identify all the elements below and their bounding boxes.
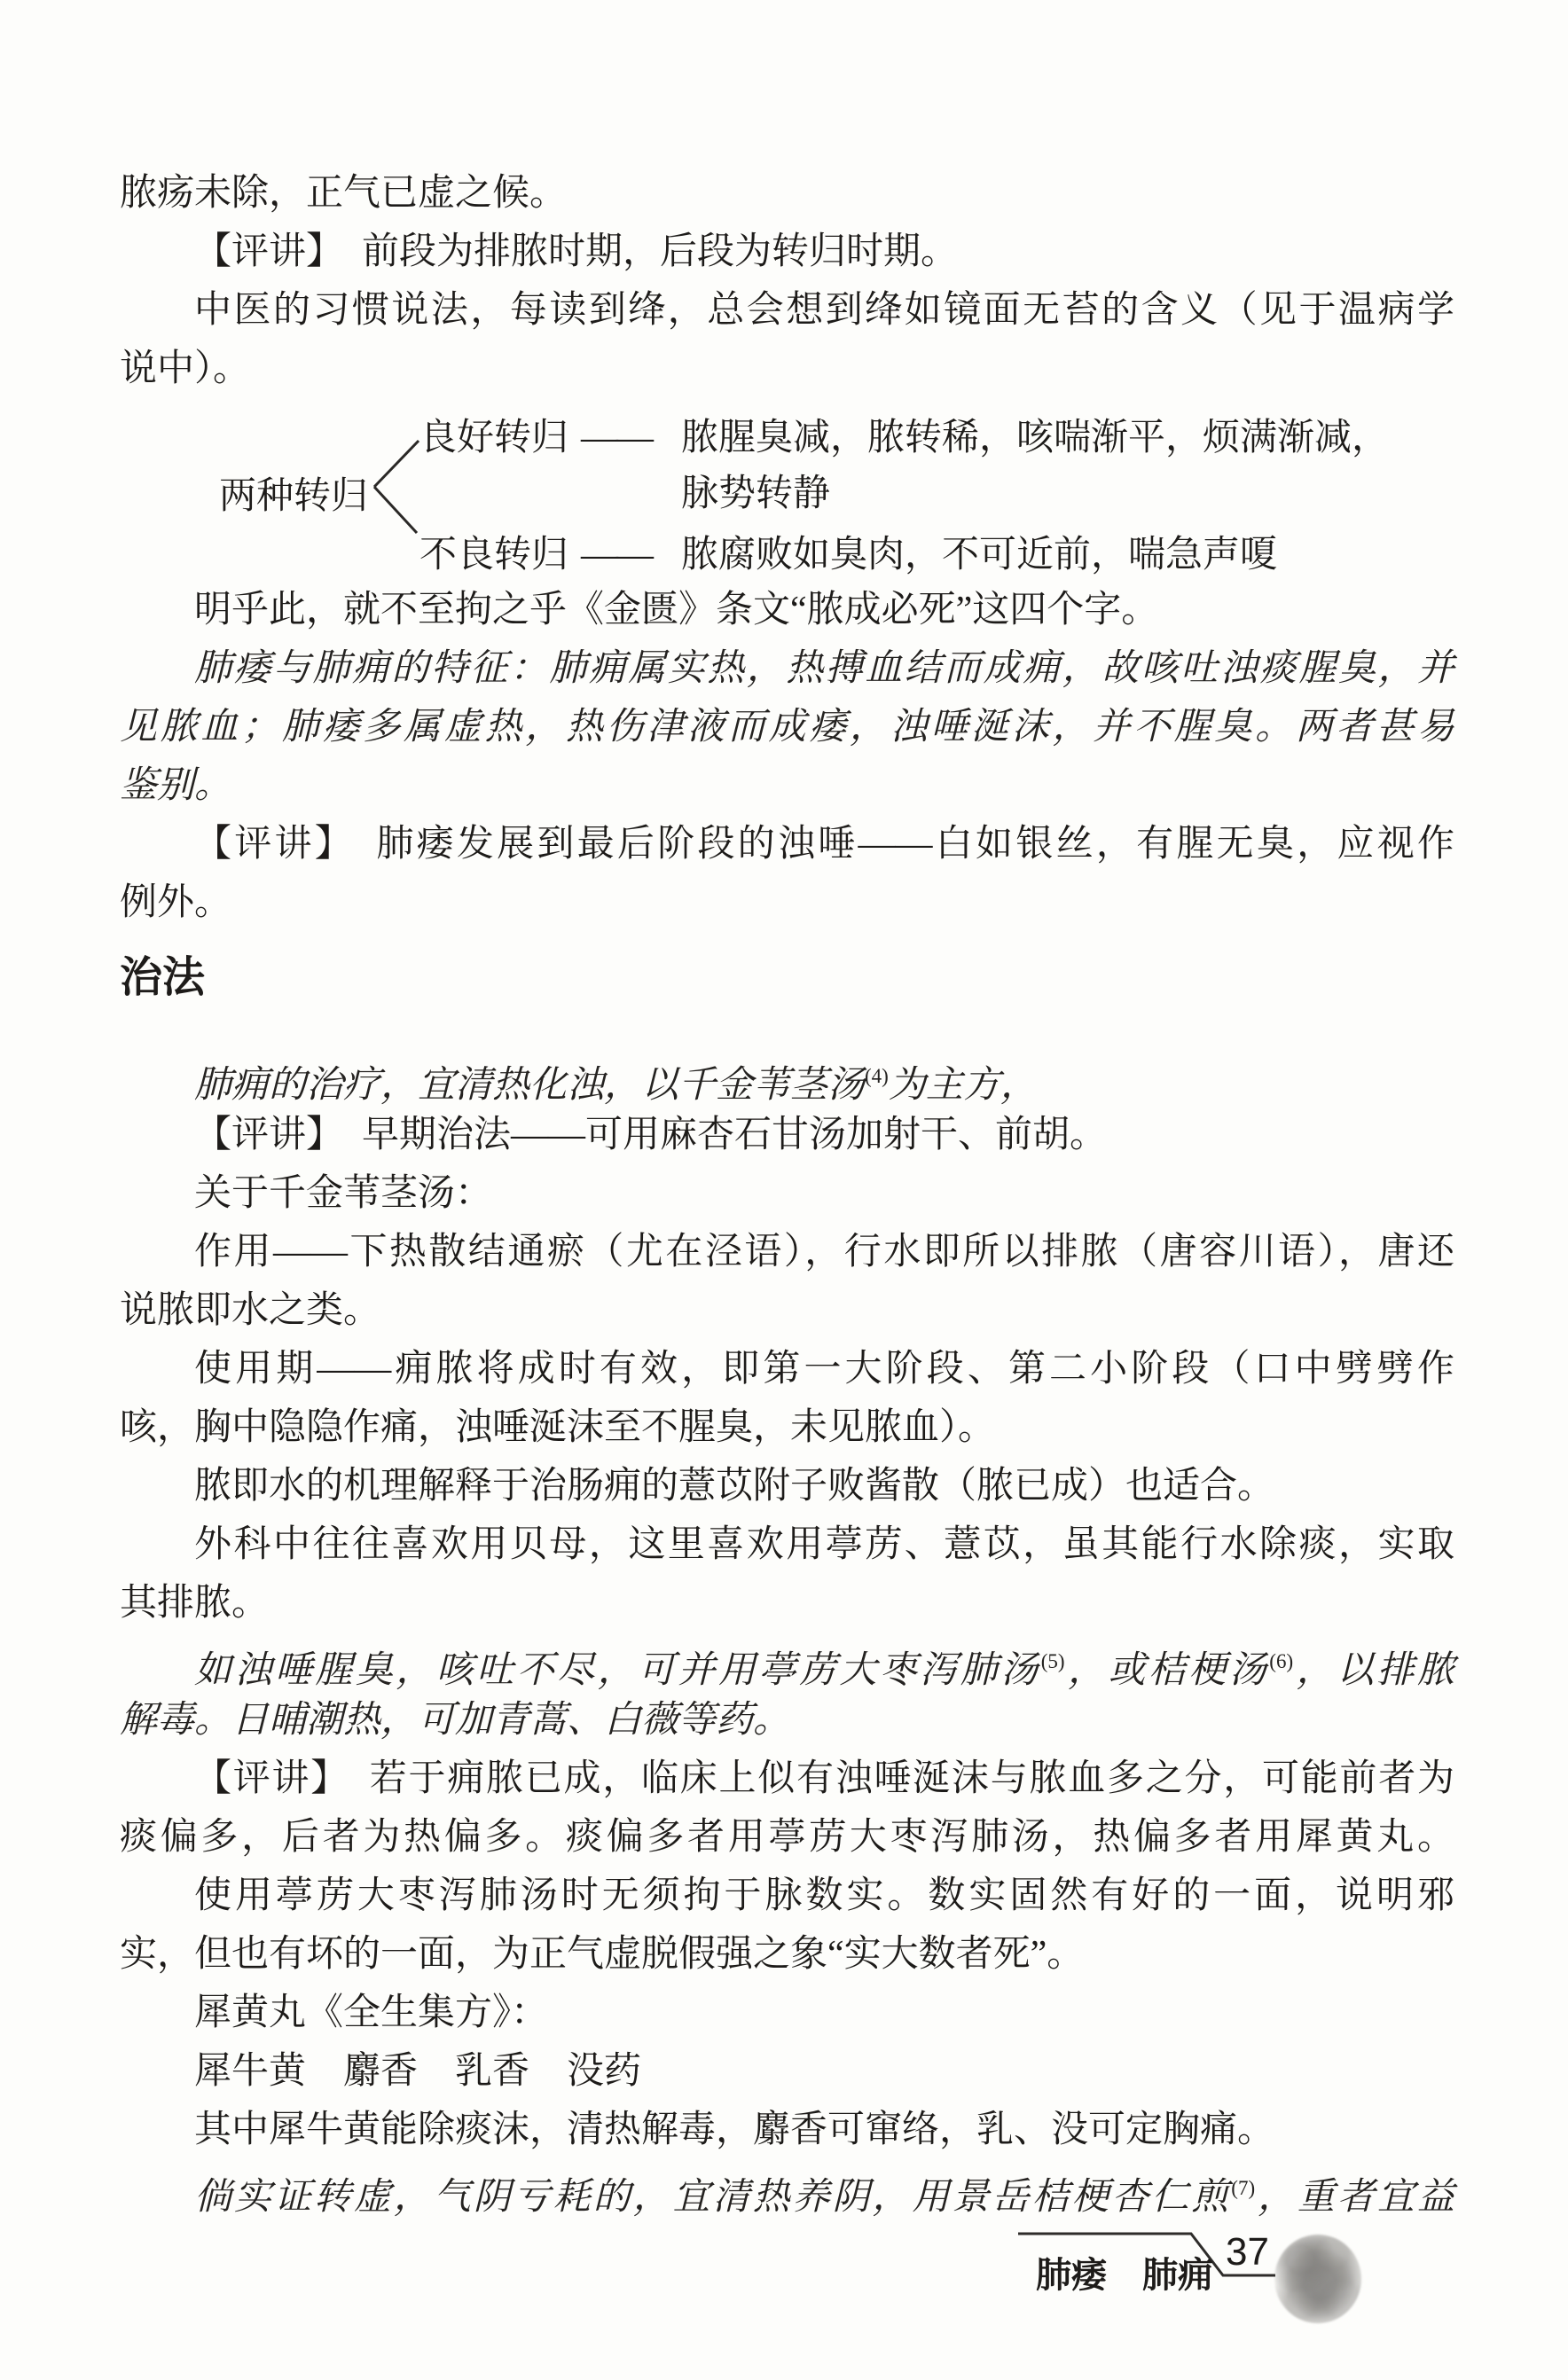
paragraphs-middle: 明乎此，就不至拘之乎《金匮》条文“脓成必死”这四个字。肺痿与肺痈的特征：肺痈属实… <box>120 581 1454 932</box>
dash-connector: —— <box>581 529 652 581</box>
text-line: 【评讲】 肺痿发展到最后阶段的浊唾——白如银丝，有腥无臭，应视作 <box>120 815 1454 873</box>
text-run: 关于千金苇茎汤： <box>194 1173 492 1214</box>
text-run: 如浊唾腥臭，咳吐不尽，可并用葶苈大枣泻肺汤 <box>194 1650 1041 1691</box>
section-heading: 治法 <box>120 950 1454 1006</box>
text-run: 【评讲】 前段为排脓时期，后段为转归时期。 <box>194 231 958 272</box>
text-line: 外科中往往喜欢用贝母，这里喜欢用葶苈、薏苡，虽其能行水除痰，实取 <box>120 1515 1454 1574</box>
text-run: 中医的习惯说法，每读到绛，总会想到绛如镜面无苔的含义（见于温病学 <box>194 290 1454 331</box>
text-line: 肺痿与肺痈的特征：肺痈属实热，热搏血结而成痈，故咳吐浊痰腥臭，并 <box>120 639 1454 698</box>
text-line: 肺痈的治疗，宜清热化浊，以千金苇茎汤(4)为主方， <box>120 1047 1454 1106</box>
footnote-ref: (4) <box>865 1065 889 1087</box>
footnote-ref: (6) <box>1269 1650 1293 1672</box>
text-line: 实，但也有坏的一面，为正气虚脱假强之象“实大数者死”。 <box>120 1925 1454 1984</box>
good-outcome-label: 良好转归 <box>419 412 568 464</box>
text-line: 犀黄丸《全生集方》： <box>120 1984 1454 2042</box>
text-line: 作用——下热散结通瘀（尤在泾语），行水即所以排脓（唐容川语），唐还 <box>120 1223 1454 1281</box>
page-number: 37 <box>1226 2233 1269 2272</box>
text-run: 说脓即水之类。 <box>120 1290 380 1331</box>
diagram-root-label: 两种转归 <box>219 471 368 522</box>
text-run: 【评讲】 肺痿发展到最后阶段的浊唾——白如银丝，有腥无臭，应视作 <box>194 824 1454 865</box>
text-line: 使用葶苈大枣泻肺汤时无须拘于脉数实。数实固然有好的一面，说明邪 <box>120 1867 1454 1925</box>
text-line: 如浊唾腥臭，咳吐不尽，可并用葶苈大枣泻肺汤(5)，或桔梗汤(6)，以排脓 <box>120 1632 1454 1691</box>
bad-outcome-text: 脓腐败如臭肉，不可近前，喘急声嗄 <box>681 529 1277 581</box>
paragraphs-top: 脓疡未除，正气已虚之候。【评讲】 前段为排脓时期，后段为转归时期。中医的习惯说法… <box>120 164 1454 398</box>
text-run: 使用葶苈大枣泻肺汤时无须拘于脉数实。数实固然有好的一面，说明邪 <box>194 1875 1454 1916</box>
text-run: 犀牛黄 麝香 乳香 没药 <box>194 2051 641 2092</box>
text-line: 解毒。日晡潮热，可加青蒿、白薇等药。 <box>120 1691 1454 1750</box>
text-line: 倘实证转虚，气阴亏耗的，宜清热养阴，用景岳桔梗杏仁煎(7)，重者宜益 <box>120 2159 1454 2218</box>
paragraphs-bottom: 肺痈的治疗，宜清热化浊，以千金苇茎汤(4)为主方，【评讲】 早期治法——可用麻杏… <box>120 1047 1454 2218</box>
text-line: 说脓即水之类。 <box>120 1281 1454 1340</box>
text-line: 明乎此，就不至拘之乎《金匮》条文“脓成必死”这四个字。 <box>120 581 1454 639</box>
text-run: 使用期——痈脓将成时有效，即第一大阶段、第二小阶段（口中劈劈作 <box>194 1349 1454 1390</box>
text-line: 咳，胸中隐隐作痛，浊唾涎沫至不腥臭，未见脓血）。 <box>120 1398 1454 1457</box>
page-content: 脓疡未除，正气已虚之候。【评讲】 前段为排脓时期，后段为转归时期。中医的习惯说法… <box>0 0 1568 2218</box>
text-run: 脓疡未除，正气已虚之候。 <box>120 173 567 214</box>
text-run: 见脓血；肺痿多属虚热，热伤津液而成痿，浊唾涎沫，并不腥臭。两者甚易 <box>120 707 1454 748</box>
text-line: 痰偏多，后者为热偏多。痰偏多者用葶苈大枣泻肺汤，热偏多者用犀黄丸。 <box>120 1808 1454 1867</box>
ink-stamp <box>1274 2235 1361 2323</box>
text-line: 其中犀牛黄能除痰沫，清热解毒，麝香可窜络，乳、没可定胸痛。 <box>120 2101 1454 2159</box>
text-run: 实，但也有坏的一面，为正气虚脱假强之象“实大数者死”。 <box>120 1934 1084 1975</box>
text-line: 鉴别。 <box>120 756 1454 815</box>
book-page: 脓疡未除，正气已虚之候。【评讲】 前段为排脓时期，后段为转归时期。中医的习惯说法… <box>0 0 1568 2380</box>
text-run: 【评讲】 早期治法——可用麻杏石甘汤加射干、前胡。 <box>194 1115 1107 1155</box>
text-run: 为主方， <box>889 1065 1038 1106</box>
text-line: 其排脓。 <box>120 1574 1454 1632</box>
text-run: 解毒。日晡潮热，可加青蒿、白薇等药。 <box>120 1700 790 1741</box>
footer-section-title: 肺痿 肺痈 <box>1036 2255 1213 2296</box>
footnote-ref: (5) <box>1041 1650 1065 1672</box>
text-run: 其排脓。 <box>120 1583 269 1624</box>
dash-connector: —— <box>581 412 652 464</box>
text-run: 肺痿与肺痈的特征：肺痈属实热，热搏血结而成痈，故咳吐浊痰腥臭，并 <box>194 648 1454 689</box>
text-run: 外科中往往喜欢用贝母，这里喜欢用葶苈、薏苡，虽其能行水除痰，实取 <box>194 1524 1454 1565</box>
text-line: 例外。 <box>120 873 1454 932</box>
two-outcomes-diagram: 两种转归 良好转归 —— 脓腥臭减，脓转稀，咳喘渐平，烦满渐减， 脉势转静 不良… <box>120 412 1454 581</box>
text-line: 【评讲】 早期治法——可用麻杏石甘汤加射干、前胡。 <box>120 1106 1454 1164</box>
text-run: 痰偏多，后者为热偏多。痰偏多者用葶苈大枣泻肺汤，热偏多者用犀黄丸。 <box>120 1817 1454 1858</box>
text-run: 肺痈的治疗，宜清热化浊，以千金苇茎汤 <box>194 1065 865 1106</box>
good-outcome-text-1: 脓腥臭减，脓转稀，咳喘渐平，烦满渐减， <box>681 412 1389 464</box>
branch-brace-icon <box>371 430 422 536</box>
footnote-ref: (7) <box>1231 2177 1255 2199</box>
text-run: 脓即水的机理解释于治肠痈的薏苡附子败酱散（脓已成）也适合。 <box>194 1466 1274 1507</box>
good-outcome-text-2: 脉势转静 <box>681 468 830 520</box>
text-line: 中医的习惯说法，每读到绛，总会想到绛如镜面无苔的含义（见于温病学 <box>120 281 1454 340</box>
text-line: 脓即水的机理解释于治肠痈的薏苡附子败酱散（脓已成）也适合。 <box>120 1457 1454 1515</box>
bad-outcome-label: 不良转归 <box>419 529 568 581</box>
text-run: 咳，胸中隐隐作痛，浊唾涎沫至不腥臭，未见脓血）。 <box>120 1407 995 1448</box>
text-line: 使用期——痈脓将成时有效，即第一大阶段、第二小阶段（口中劈劈作 <box>120 1340 1454 1398</box>
text-line: 见脓血；肺痿多属虚热，热伤津液而成痿，浊唾涎沫，并不腥臭。两者甚易 <box>120 698 1454 756</box>
text-run: ，重者宜益 <box>1255 2177 1454 2218</box>
text-run: ，或桔梗汤 <box>1065 1650 1270 1691</box>
text-line: 犀牛黄 麝香 乳香 没药 <box>120 2042 1454 2101</box>
text-run: 例外。 <box>120 882 231 923</box>
text-run: 明乎此，就不至拘之乎《金匮》条文“脓成必死”这四个字。 <box>194 590 1158 630</box>
text-line: 说中）。 <box>120 340 1454 398</box>
text-run: 倘实证转虚，气阴亏耗的，宜清热养阴，用景岳桔梗杏仁煎 <box>194 2177 1231 2218</box>
text-run: 作用——下热散结通瘀（尤在泾语），行水即所以排脓（唐容川语），唐还 <box>194 1232 1454 1272</box>
text-run: 【评讲】 若于痈脓已成，临床上似有浊唾涎沫与脓血多之分，可能前者为 <box>194 1758 1454 1799</box>
text-line: 脓疡未除，正气已虚之候。 <box>120 164 1454 223</box>
text-run: 说中）。 <box>120 348 250 389</box>
text-run: 其中犀牛黄能除痰沫，清热解毒，麝香可窜络，乳、没可定胸痛。 <box>194 2110 1274 2150</box>
text-line: 关于千金苇茎汤： <box>120 1164 1454 1223</box>
text-run: 犀黄丸《全生集方》： <box>194 1992 548 2033</box>
text-run: 鉴别。 <box>120 765 231 806</box>
text-line: 【评讲】 前段为排脓时期，后段为转归时期。 <box>120 223 1454 281</box>
text-line: 【评讲】 若于痈脓已成，临床上似有浊唾涎沫与脓血多之分，可能前者为 <box>120 1750 1454 1808</box>
text-run: ，以排脓 <box>1293 1650 1454 1691</box>
